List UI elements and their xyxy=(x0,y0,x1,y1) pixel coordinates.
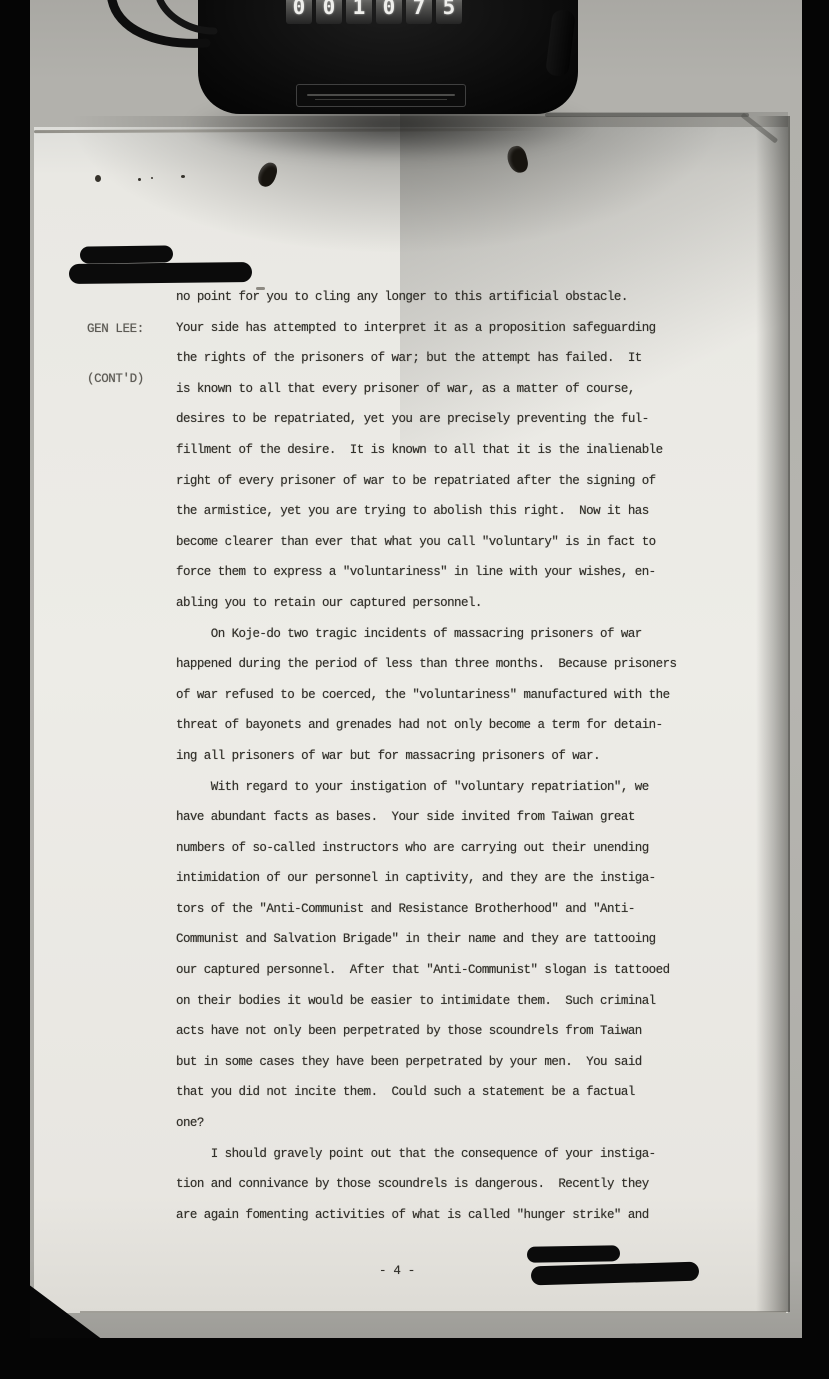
dust-speck xyxy=(151,177,153,179)
counter-digit-wheels: 0 0 1 0 7 5 xyxy=(286,0,462,24)
page-right-edge-shadow xyxy=(756,116,790,1312)
dust-speck xyxy=(181,175,185,178)
counter-digit: 0 xyxy=(376,0,402,24)
counter-label-plate xyxy=(296,84,466,107)
redaction-bar xyxy=(527,1245,620,1263)
page-number: - 4 - xyxy=(379,1262,415,1280)
counter-digit: 5 xyxy=(436,0,462,24)
counter-digit: 7 xyxy=(406,0,432,24)
counter-digit: 1 xyxy=(346,0,372,24)
speaker-name: GEN LEE: xyxy=(87,321,144,338)
speaker-continued: (CONT'D) xyxy=(87,371,144,388)
film-edge-bottom xyxy=(0,1338,829,1379)
plate-emboss-line xyxy=(307,94,455,96)
backing-corner-cut xyxy=(28,1284,103,1340)
film-edge-right xyxy=(802,0,829,1379)
plate-emboss-line xyxy=(315,99,447,100)
dust-speck xyxy=(138,178,141,181)
redaction-bar xyxy=(69,262,252,284)
counter-digit: 0 xyxy=(286,0,312,24)
redaction-bar xyxy=(80,245,173,263)
film-edge-left xyxy=(0,0,30,1379)
dust-speck xyxy=(95,175,101,182)
page-bottom-edge xyxy=(80,1311,786,1313)
speech-body: no point for you to cling any longer to … xyxy=(176,282,677,1230)
scanned-document-frame: 0 0 1 0 7 5 GEN LEE: (CONT'D) no point f… xyxy=(0,0,829,1379)
counter-digit: 0 xyxy=(316,0,342,24)
speaker-label: GEN LEE: (CONT'D) xyxy=(87,288,144,420)
